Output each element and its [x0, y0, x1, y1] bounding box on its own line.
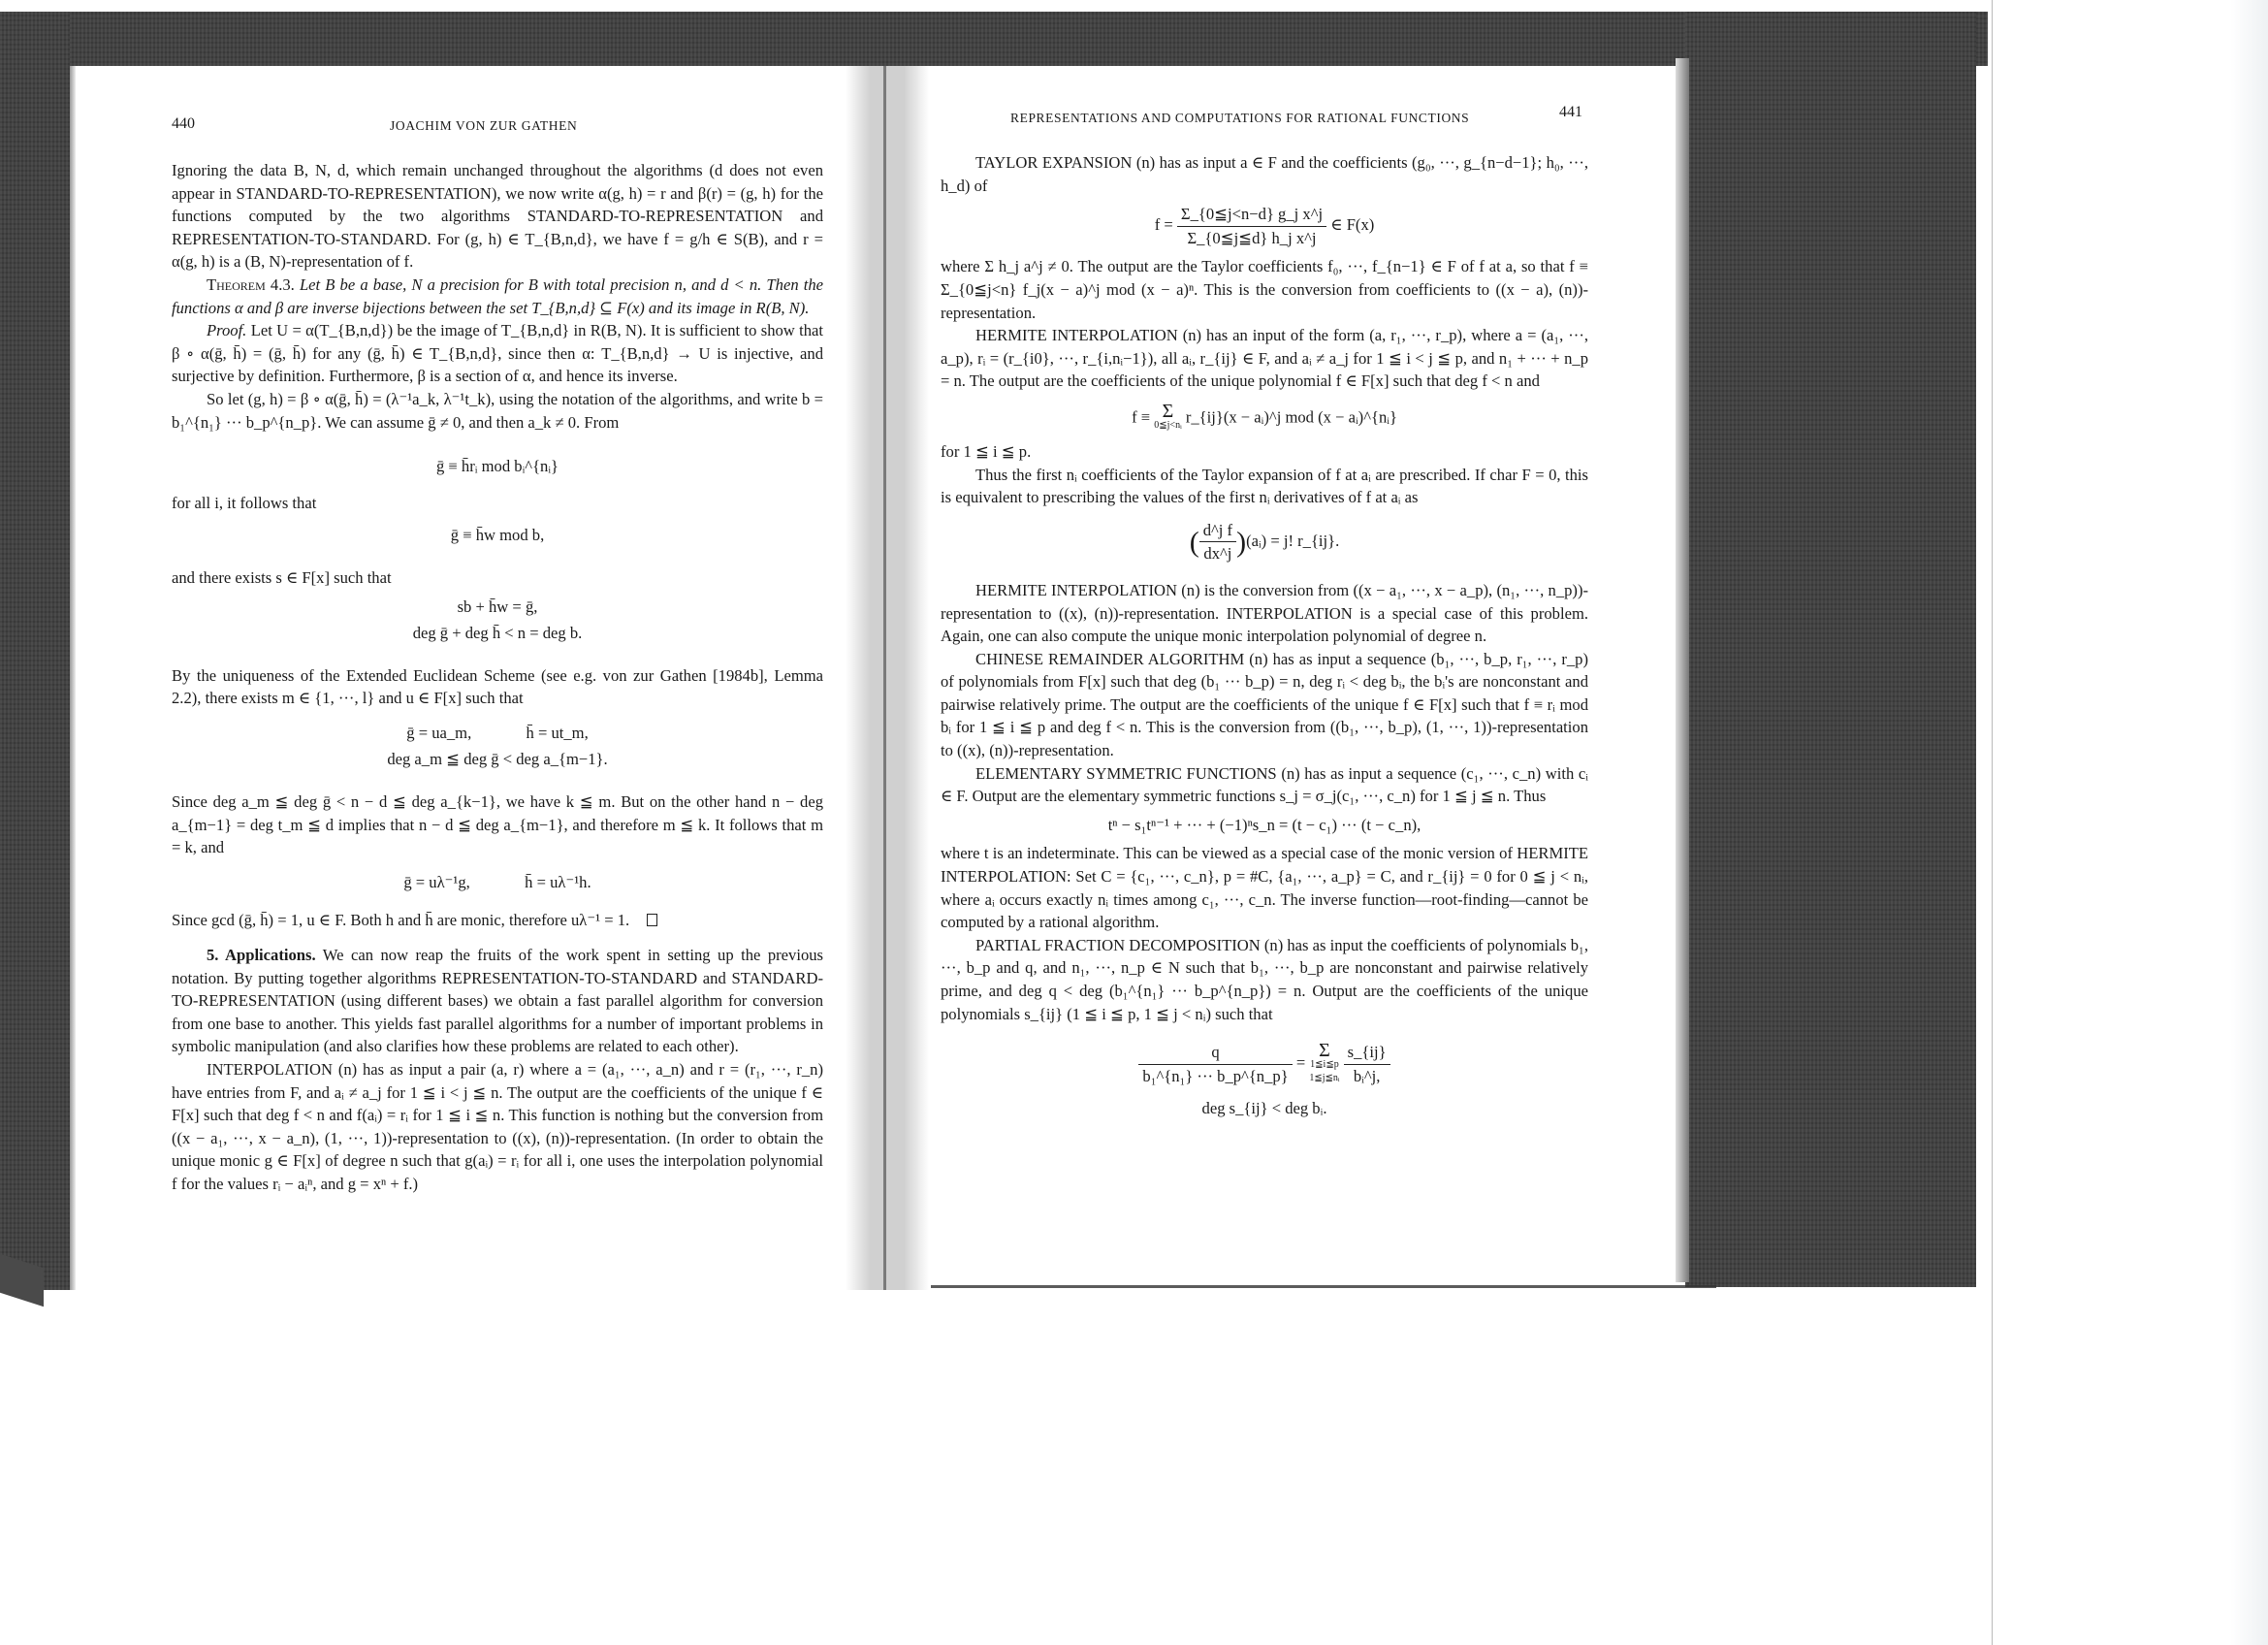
equation-h-lambda: h̄ = uλ⁻¹h. [525, 873, 591, 891]
summation-limit-j: 1≦j≦nᵢ [1309, 1072, 1339, 1085]
fraction-numerator: q [1138, 1041, 1292, 1065]
equation-taylor-f: f = Σ_{0≦j<n−d} g_j x^j Σ_{0≦j≦d} h_j x^… [941, 203, 1588, 249]
equation-degree-sij: deg s_{ij} < deg bᵢ. [941, 1097, 1588, 1120]
fraction-denominator: Σ_{0≦j≦d} h_j x^j [1177, 227, 1326, 250]
summation-limit: 0≦j<nᵢ [1154, 419, 1181, 433]
proof-label: Proof. [207, 321, 246, 339]
running-head: JOACHIM VON ZUR GATHEN [390, 114, 577, 138]
proof: Proof. Let U = α(T_{B,n,d}) be the image… [172, 319, 823, 388]
text-for-i: for 1 ≦ i ≦ p. [941, 440, 1588, 464]
summation: Σ 0≦j<nᵢ [1154, 404, 1181, 433]
section-5-applications: 5. Applications. We can now reap the fru… [172, 944, 823, 1058]
qed-square-icon [647, 914, 657, 926]
fraction-numerator: d^j f [1199, 519, 1236, 543]
fraction: d^j fdx^j [1199, 519, 1236, 565]
paragraph-taylor-expansion: TAYLOR EXPANSION (n) has as input a ∈ F … [941, 151, 1588, 197]
paragraph-taylor-output: where Σ h_j a^j ≠ 0. The output are the … [941, 255, 1588, 324]
fraction-denominator: b₁^{n₁} ··· b_p^{n_p} [1138, 1065, 1292, 1088]
paragraph-hermite-interpolation: HERMITE INTERPOLATION (n) has an input o… [941, 324, 1588, 393]
page-edge-right [1676, 58, 1689, 1282]
paren-open: ( [1190, 526, 1199, 558]
running-head: REPRESENTATIONS AND COMPUTATIONS FOR RAT… [1010, 107, 1469, 130]
left-page-header: 440 JOACHIM VON ZUR GATHEN [172, 114, 823, 138]
paragraph-gcd: Since gcd (ḡ, h̄) = 1, u ∈ F. Both h and… [172, 909, 823, 932]
right-page: REPRESENTATIONS AND COMPUTATIONS FOR RAT… [941, 107, 1588, 1124]
scanner-edge-line [1992, 0, 1993, 1645]
text-there-exists: and there exists s ∈ F[x] such that [172, 566, 823, 590]
section-heading: 5. Applications. [207, 946, 316, 964]
fraction-term: s_{ij}bᵢ^j, [1344, 1041, 1390, 1087]
page-bottom-edge [931, 1285, 1716, 1288]
page-number: 441 [1559, 101, 1582, 124]
equation-rhs: ∈ F(x) [1330, 215, 1374, 234]
equation-lhs: f ≡ [1132, 407, 1150, 426]
scan-border-right [1685, 12, 1976, 1287]
text-for-all-i: for all i, it follows that [172, 492, 823, 515]
paragraph-uniqueness: By the uniqueness of the Extended Euclid… [172, 664, 823, 710]
equals-sign: = [1296, 1053, 1305, 1072]
right-page-header: REPRESENTATIONS AND COMPUTATIONS FOR RAT… [941, 107, 1588, 130]
theorem-label: Theorem 4.3. [207, 275, 295, 294]
book-gutter [846, 66, 929, 1290]
paragraph-thus: Thus the first nᵢ coefficients of the Ta… [941, 464, 1588, 509]
paragraph-elementary-symmetric: ELEMENTARY SYMMETRIC FUNCTIONS (n) has a… [941, 762, 1588, 808]
equation-congruence-b: ḡ ≡ h̄w mod b, [172, 524, 823, 547]
fraction-numerator: s_{ij} [1344, 1041, 1390, 1065]
equation-g-uam: ḡ = ua_m, [406, 724, 471, 742]
summation-limit-i: 1≦i≦p [1309, 1058, 1339, 1072]
equation-degree-bound: deg ḡ + deg h̄ < n = deg b. [172, 622, 823, 645]
paragraph-so-let: So let (g, h) = β ∘ α(ḡ, h̄) = (λ⁻¹a_k, … [172, 388, 823, 434]
page-edge-left [70, 66, 76, 1290]
fraction-numerator: Σ_{0≦j<n−d} g_j x^j [1177, 203, 1326, 227]
equation-derivative: (d^j fdx^j)(aᵢ) = j! r_{ij}. [941, 519, 1588, 565]
fraction: Σ_{0≦j<n−d} g_j x^j Σ_{0≦j≦d} h_j x^j [1177, 203, 1326, 249]
equation-congruence-i: ḡ ≡ h̄rᵢ mod bᵢ^{nᵢ} [172, 455, 823, 478]
equation-rhs: r_{ij}(x − aᵢ)^j mod (x − aᵢ)^{nᵢ} [1186, 407, 1397, 426]
scanner-edge-shadow [2230, 0, 2268, 1645]
paragraph-ignoring: Ignoring the data B, N, d, which remain … [172, 159, 823, 274]
page-number: 440 [172, 113, 195, 136]
paragraph-chinese-remainder: CHINESE REMAINDER ALGORITHM (n) has as i… [941, 648, 1588, 762]
scan-border-left [0, 12, 70, 1290]
equation-bezout: sb + h̄w = ḡ, [172, 596, 823, 619]
fraction-denominator: bᵢ^j, [1344, 1065, 1390, 1088]
fraction-denominator: dx^j [1199, 542, 1236, 565]
paragraph-since-deg: Since deg a_m ≦ deg ḡ < n − d ≦ deg a_{k… [172, 790, 823, 859]
paragraph-indeterminate: where t is an indeterminate. This can be… [941, 842, 1588, 933]
equation-rhs: (aᵢ) = j! r_{ij}. [1246, 532, 1339, 550]
equation-h-utm: h̄ = ut_m, [527, 724, 589, 742]
equation-deg-am: deg a_m ≦ deg ḡ < deg a_{m−1}. [172, 748, 823, 771]
summation: Σ 1≦i≦p 1≦j≦nᵢ [1309, 1044, 1339, 1085]
paragraph-hermite-conversion: HERMITE INTERPOLATION (n) is the convers… [941, 579, 1588, 648]
paragraph-partial-fraction: PARTIAL FRACTION DECOMPOSITION (n) has a… [941, 934, 1588, 1025]
theorem-4-3: Theorem 4.3. Let B be a base, N a precis… [172, 274, 823, 319]
paren-close: ) [1236, 526, 1246, 558]
equation-symmetric: tⁿ − s₁tⁿ⁻¹ + ··· + (−1)ⁿs_n = (t − c₁) … [941, 814, 1588, 837]
equation-g-h-um: ḡ = ua_m, h̄ = ut_m, [172, 722, 823, 745]
equation-g-h-lambda: ḡ = uλ⁻¹g, h̄ = uλ⁻¹h. [172, 871, 823, 894]
gcd-text: Since gcd (ḡ, h̄) = 1, u ∈ F. Both h and… [172, 911, 629, 929]
equation-hermite-f: f ≡ Σ 0≦j<nᵢ r_{ij}(x − aᵢ)^j mod (x − a… [941, 404, 1588, 433]
equation-g-lambda: ḡ = uλ⁻¹g, [403, 873, 469, 891]
book-spine [883, 66, 886, 1290]
fraction: qb₁^{n₁} ··· b_p^{n_p} [1138, 1041, 1292, 1087]
paragraph-interpolation: INTERPOLATION (n) has as input a pair (a… [172, 1058, 823, 1196]
equation-lhs: f = [1155, 215, 1173, 234]
proof-text: Let U = α(T_{B,n,d}) be the image of T_{… [172, 321, 823, 385]
equation-partial-fraction: qb₁^{n₁} ··· b_p^{n_p} = Σ 1≦i≦p 1≦j≦nᵢ … [941, 1041, 1588, 1087]
left-page: 440 JOACHIM VON ZUR GATHEN Ignoring the … [172, 114, 823, 1196]
